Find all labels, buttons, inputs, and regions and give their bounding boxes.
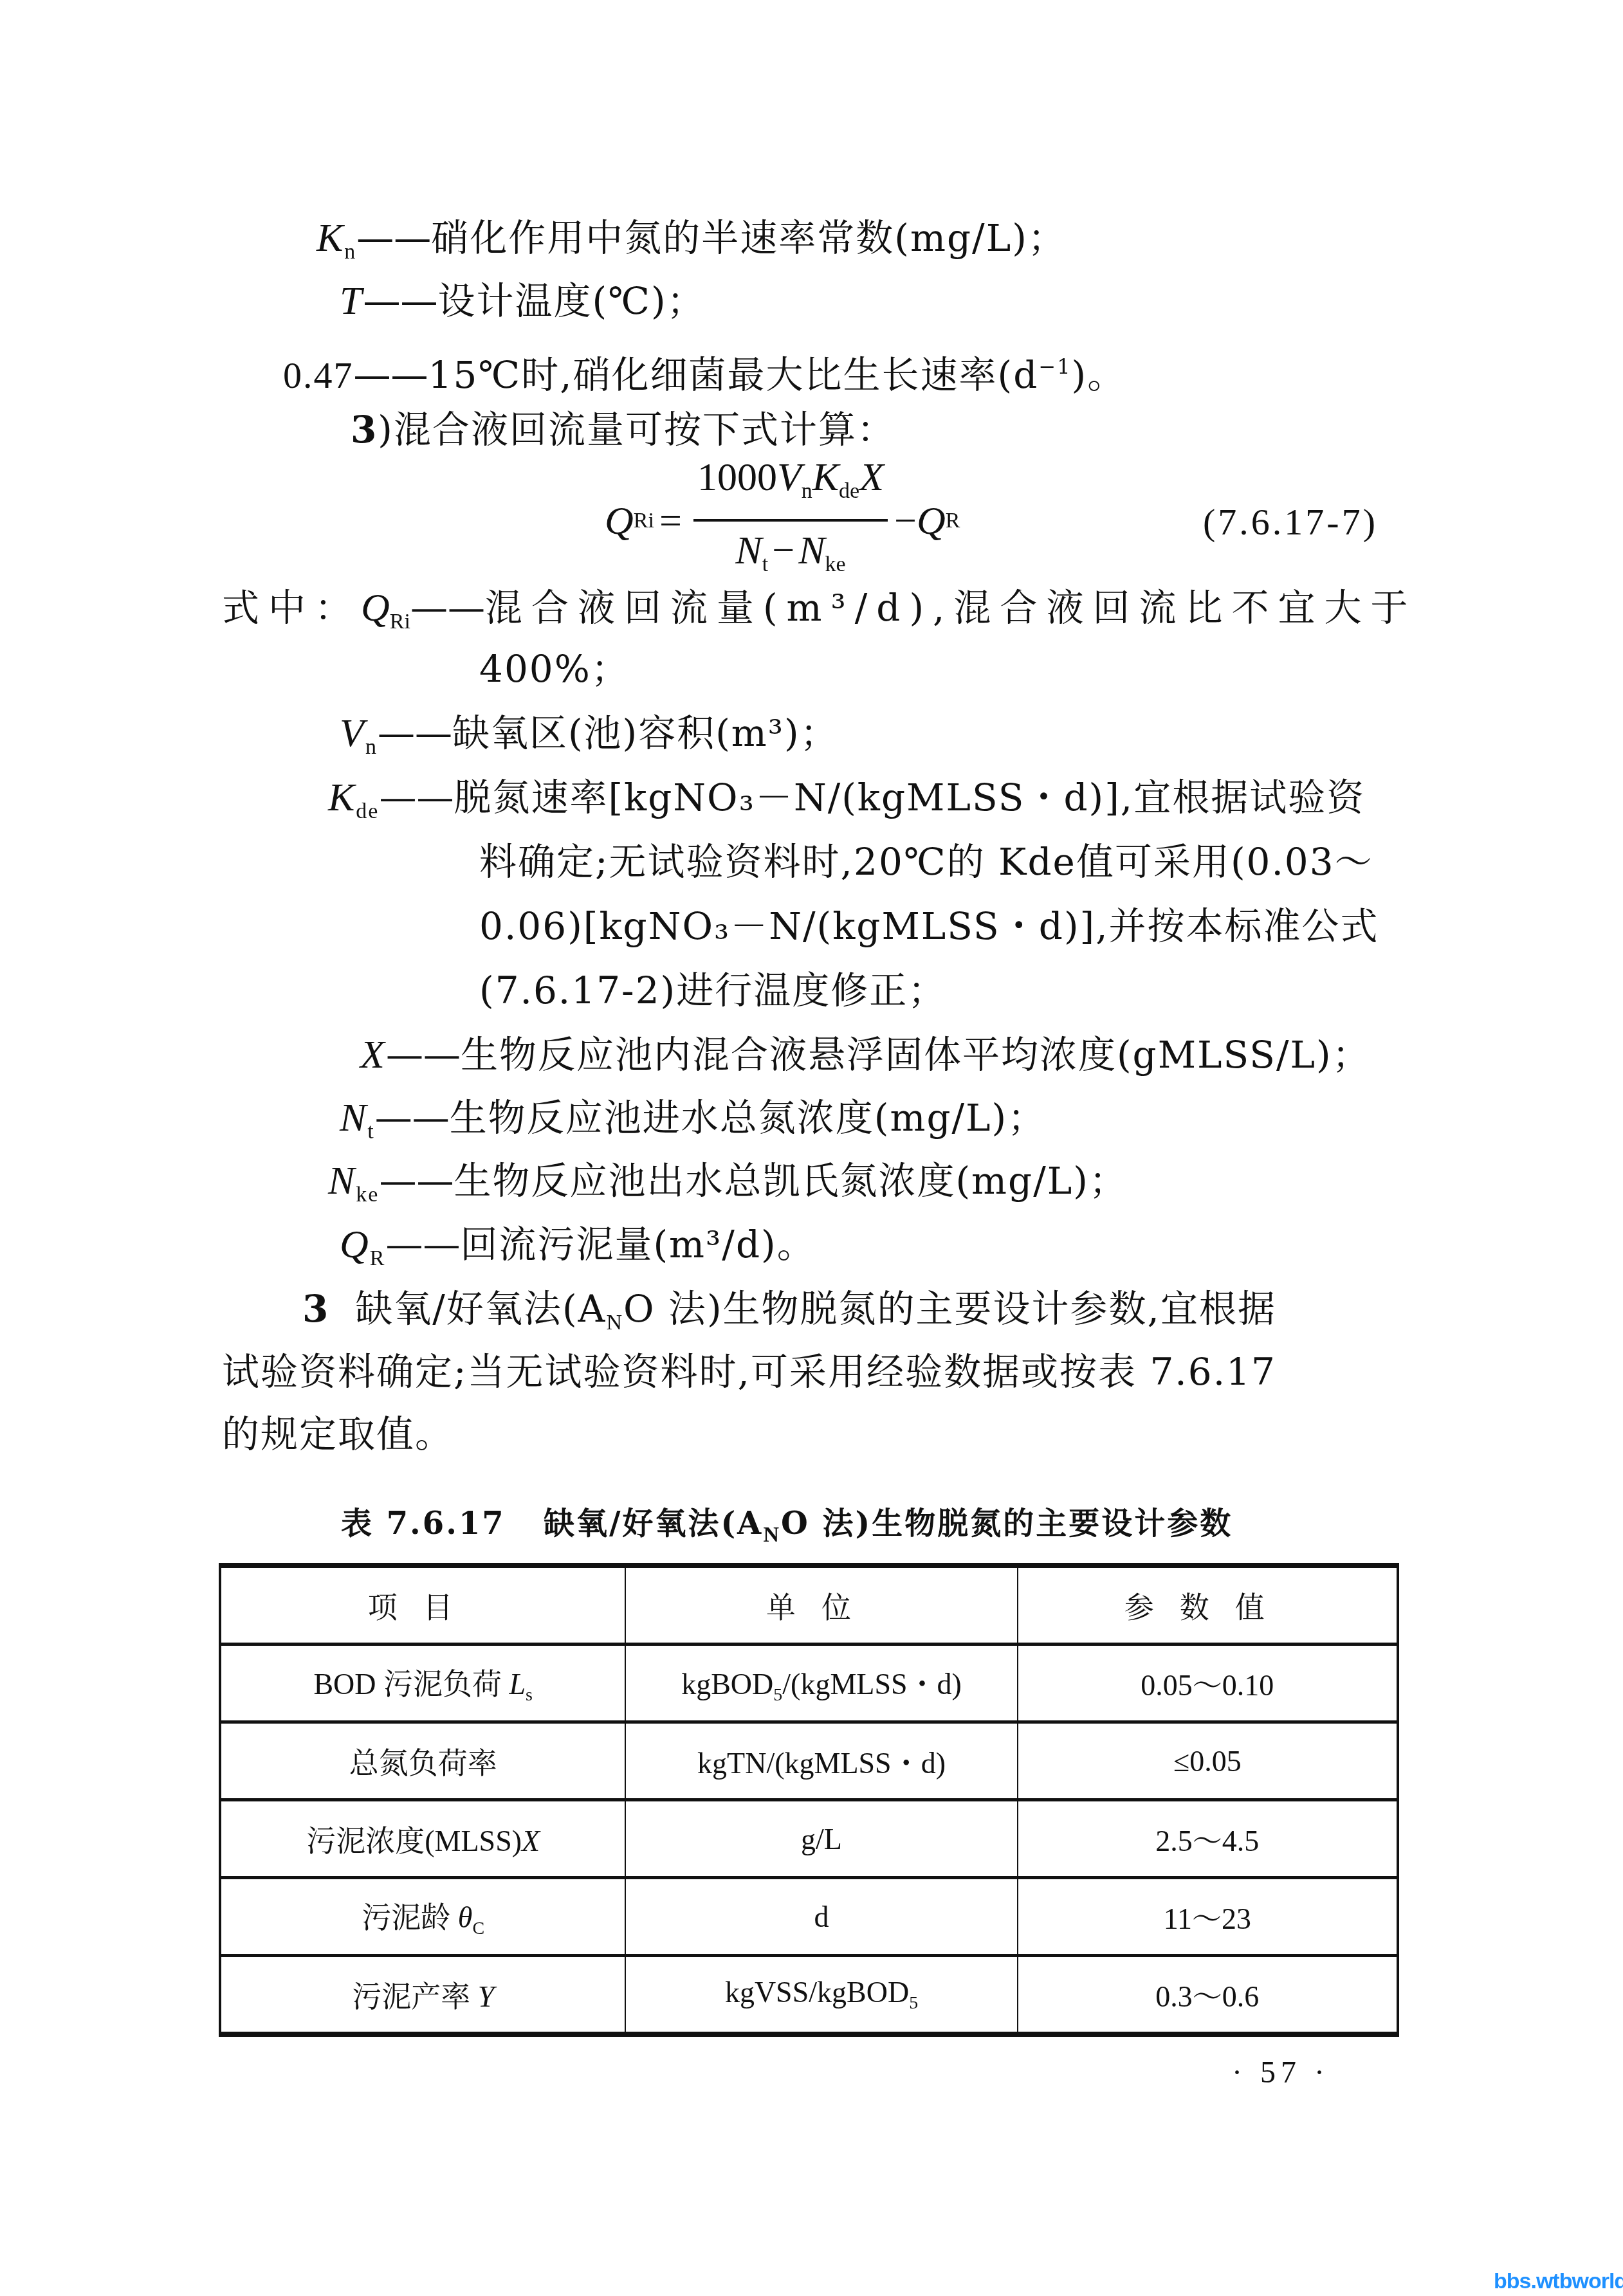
page-number: · 57 ·: [1232, 2055, 1330, 2090]
table-caption: 表 7.6.17 缺氧/好氧法(ANO 法)生物脱氮的主要设计参数: [341, 1499, 1233, 1547]
where-vn: Vn——缺氧区(池)容积(m³)；: [340, 707, 839, 773]
clause-3-line-1: 3缺氧/好氧法(ANO 法)生物脱氮的主要设计参数,宜根据: [302, 1283, 1276, 1349]
table-header-row: 项目 单位 参数值: [220, 1565, 1398, 1645]
fraction: 1000VnKdeX Nt−Nke: [693, 452, 888, 590]
definition-text: 15℃时,硝化细菌最大比生长速率(d: [428, 353, 1039, 397]
header-value: 参数值: [1018, 1565, 1398, 1645]
equation-number: (7.6.17-7): [1203, 500, 1378, 543]
clause-3-line-3: 的规定取值。: [222, 1408, 454, 1460]
watermark: bbs.wtbworld.com: [1494, 2269, 1623, 2294]
denominator: Nt−Nke: [735, 522, 845, 590]
header-unit: 单位: [625, 1565, 1017, 1645]
table-row: BOD 污泥负荷 Ls kgBOD5/(kgMLSS・d) 0.05～0.10: [220, 1645, 1398, 1722]
table-row: 总氮负荷率 kgTN/(kgMLSS・d) ≤0.05: [220, 1722, 1398, 1800]
where-kde-cont-3: (7.6.17-2)进行温度修正；: [479, 965, 946, 1016]
def-047: 0.47——15℃时,硝化细菌最大比生长速率(d−1)。: [283, 341, 1126, 401]
table-row: 污泥龄 θC d 11～23: [220, 1878, 1398, 1956]
parameters-table: 项目 单位 参数值 BOD 污泥负荷 Ls kgBOD5/(kgMLSS・d) …: [219, 1563, 1399, 2037]
where-nke: Nke——生物反应池出水总凯氏氮浓度(mg/L)；: [328, 1155, 1128, 1221]
where-kde-cont-1: 料确定;无试验资料时,20℃的 Kde值可采用(0.03～: [479, 836, 1373, 888]
where-qri-cont: 400%；: [479, 643, 630, 695]
clause-3-line-2: 试验资料确定;当无试验资料时,可采用经验数据或按表 7.6.17: [222, 1346, 1276, 1398]
def-t: T——设计温度(℃)；: [340, 275, 706, 327]
def-kn: Kn——硝化作用中氮的半速率常数(mg/L)；: [316, 212, 1067, 278]
table-row: 污泥浓度(MLSS)X g/L 2.5～4.5: [220, 1800, 1398, 1878]
where-kde: Kde——脱氮速率[kgNO₃－N/(kgMLSS・d)],宜根据试验资: [328, 772, 1365, 837]
numerator: 1000VnKdeX: [693, 452, 888, 522]
where-x: X——生物反应池内混合液悬浮固体平均浓度(gMLSS/L)；: [360, 1029, 1371, 1080]
where-kde-cont-2: 0.06)[kgNO₃－N/(kgMLSS・d)],并按本标准公式: [479, 900, 1379, 952]
definition-text: 设计温度(℃)；: [437, 279, 705, 323]
where-qri: 式中：QRi——混合液回流量(m³/d),混合液回流比不宜大于: [222, 582, 1417, 648]
symbol: K: [316, 216, 344, 260]
header-item: 项目: [220, 1565, 625, 1645]
formula-7-6-17-7: QRi = 1000VnKdeX Nt−Nke −QR: [605, 463, 960, 579]
definition-text: 硝化作用中氮的半速率常数(mg/L)；: [431, 216, 1066, 260]
where-nt: Nt——生物反应池进水总氮浓度(mg/L)；: [340, 1092, 1046, 1158]
step-3-heading: 3)混合液回流量可按下式计算：: [351, 404, 895, 455]
where-qr: QR——回流污泥量(m³/d)。: [340, 1219, 816, 1284]
table-row: 污泥产率 Y kgVSS/kgBOD5 0.3～0.6: [220, 1956, 1398, 2035]
